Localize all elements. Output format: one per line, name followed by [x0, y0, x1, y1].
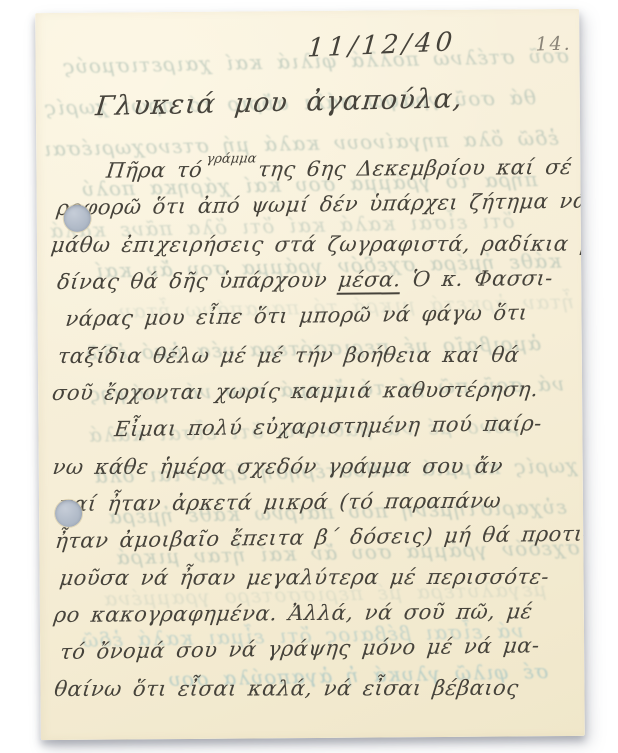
- underlined-word: μέσα.: [337, 267, 403, 295]
- letter-paper: σοῦ στέλνω πολλά φιλιά καί χαιρετισμούς …: [35, 9, 585, 740]
- handwriting-line: Εἶμαι πολύ εὐχαριστημένη πού παίρ-: [56, 405, 578, 449]
- handwriting-line: ταξίδια θέλω μέ μέ τήν βοήθεια καί θά: [56, 337, 578, 375]
- letter-body: Πῆρα τόγράμματης 6ης Δεκεμβρίου καί σέ π…: [50, 149, 578, 708]
- letter-scan-background: σοῦ στέλνω πολλά φιλιά καί χαιρετισμούς …: [0, 0, 618, 753]
- handwriting-line: μάθω ἐπιχειρήσεις στά ζωγραφιστά, ραδίκι…: [49, 226, 577, 264]
- handwriting-line: νω κάθε ἡμέρα σχεδόν γράμμα σου ἄν: [50, 448, 578, 486]
- handwriting-line: ἦταν ἀμοιβαῖο ἔπειτα β΄ δόσεις) μή θά πρ…: [53, 516, 579, 560]
- punch-hole-top: [64, 205, 91, 232]
- handwriting-line: νάρας μου εἶπε ὅτι μπορῶ νά φάγω ὅτι: [64, 294, 578, 338]
- handwriting-layer: 11/12/40 14. Γλυκειά μου ἀγαπούλα, Πῆρα …: [35, 9, 585, 740]
- page-number: 14.: [535, 33, 572, 56]
- line-text: Πῆρα τό: [105, 158, 204, 183]
- punch-hole-bottom: [55, 500, 82, 527]
- handwriting-line: τό ὄνομά σου νά γράψης μόνο μέ νά μα-: [58, 627, 580, 671]
- handwriting-line: μοῦσα νά ἦσαν μεγαλύτερα μέ περισσότε-: [57, 559, 579, 597]
- letter-date: 11/12/40: [306, 27, 457, 63]
- inserted-word-above-line: γράμμα: [204, 140, 258, 177]
- handwriting-line: ροφορῶ ὅτι ἀπό ψωμί δέν ὑπάρχει ζήτημα ν…: [55, 183, 577, 227]
- line-text: Ὁ κ. Φασσι-: [411, 266, 555, 291]
- line-text: της 6ης Δεκεμβρίου καί σέ πλη-: [257, 154, 585, 181]
- salutation: Γλυκειά μου ἀγαπούλα,: [94, 83, 464, 122]
- handwriting-line: θαίνω ὅτι εἶσαι καλά, νά εἶσαι βέβαιος: [52, 670, 580, 708]
- line-text: δίνας θά δῆς ὑπάρχουν: [56, 268, 329, 294]
